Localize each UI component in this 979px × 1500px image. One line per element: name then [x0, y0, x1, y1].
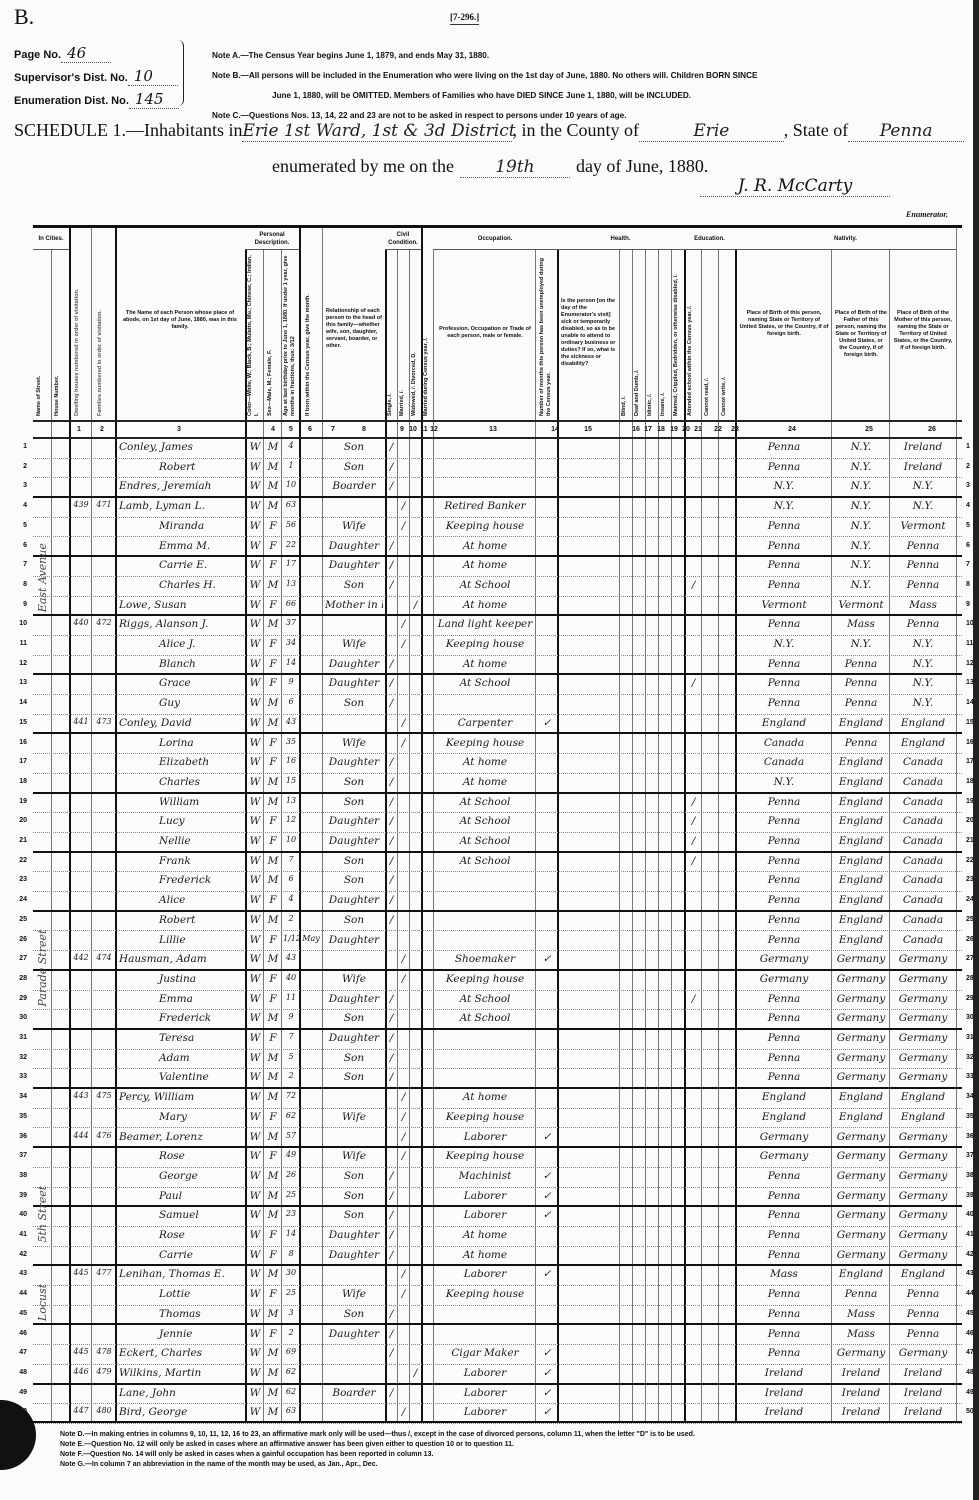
occupation-value: At home [435, 1091, 535, 1103]
father-birthplace-value: Germany [833, 1347, 889, 1359]
table-row: 22RobertWM1Son/PennaN.Y.Ireland [33, 459, 962, 479]
person-name: Hausman, Adam [119, 953, 245, 965]
unemployed-mark: ✓ [537, 1190, 557, 1202]
birthplace-value: Penna [737, 579, 831, 591]
birthplace-value: Penna [737, 914, 831, 926]
line-number: 20 [11, 817, 27, 824]
person-name: Lottie [119, 1288, 245, 1300]
header-occupation: Occupation. [433, 228, 557, 250]
relationship-value: Daughter [325, 658, 383, 670]
column-number-row: 1234567891011121314151617181920212223242… [33, 420, 962, 439]
mother-birthplace-value: Penna [891, 1328, 955, 1340]
father-birthplace-value: England [833, 934, 889, 946]
birthplace-value: Penna [737, 1052, 831, 1064]
occupation-value: At home [435, 658, 535, 670]
mother-birthplace-value: N.Y. [891, 480, 955, 492]
person-name: Justina [119, 973, 245, 985]
color-value: W [247, 835, 263, 847]
single-mark: / [386, 697, 397, 709]
color-value: W [247, 1131, 263, 1143]
father-birthplace-value: England [833, 855, 889, 867]
relationship-value: Wife [325, 973, 383, 985]
mother-birthplace-value: Ireland [891, 1406, 955, 1418]
age-value: 9 [283, 677, 299, 686]
age-value: 43 [283, 717, 299, 726]
color-value: W [247, 973, 263, 985]
note-g: Note G.—In column 7 an abbreviation in t… [60, 1460, 695, 1470]
father-birthplace-value: England [833, 894, 889, 906]
unemployed-mark: ✓ [537, 1367, 557, 1379]
single-mark: / [386, 1209, 397, 1221]
top-notes: Note A.—The Census Year begins June 1, 1… [212, 46, 952, 126]
relationship-value: Daughter [325, 1328, 383, 1340]
header-birth-mother: Place of Birth of the Mother of this per… [892, 310, 954, 352]
age-value: 15 [283, 776, 299, 785]
line-number: 19 [11, 798, 27, 805]
table-row: 33Endres, JeremiahWM10Boarder/N.Y.N.Y.N.… [33, 478, 962, 498]
family-number: 474 [93, 953, 115, 962]
occupation-value: Keeping house [435, 1288, 535, 1300]
occupation-value: Land light keeper [435, 618, 535, 630]
father-birthplace-value: Germany [833, 1131, 889, 1143]
person-name: Frederick [119, 1012, 245, 1024]
table-row: 2323FrederickWM6Son/PennaEnglandCanada [33, 872, 962, 892]
age-value: 7 [283, 1032, 299, 1041]
header-house-number: House Number. [54, 258, 66, 416]
birthplace-value: Penna [737, 441, 831, 453]
age-value: 25 [283, 1288, 299, 1297]
dwelling-number: 444 [71, 1131, 91, 1140]
color-value: W [247, 796, 263, 808]
person-name: Conley, James [119, 441, 245, 453]
brace-divider [176, 40, 184, 106]
sex-value: M [265, 1367, 281, 1379]
birthplace-value: Penna [737, 993, 831, 1005]
age-value: 4 [283, 441, 299, 450]
table-row: 4343445477Lenihan, Thomas E.WM30/Laborer… [33, 1266, 962, 1286]
header-cannot-read: Cannot read, /. [704, 338, 716, 416]
father-birthplace-value: Penna [833, 737, 889, 749]
father-birthplace-value: N.Y. [833, 500, 889, 512]
school-mark: / [686, 855, 701, 867]
header-widowed: Widowed, /. Divorced, D. [411, 318, 420, 416]
line-number: 45 [11, 1310, 27, 1317]
person-name: Wilkins, Martin [119, 1367, 245, 1379]
county-value: Erie [639, 121, 784, 142]
mother-birthplace-value: Germany [891, 1012, 955, 1024]
color-value: W [247, 1268, 263, 1280]
age-value: 2 [283, 1071, 299, 1080]
relationship-value: Son [325, 1190, 383, 1202]
line-number: 17 [11, 758, 27, 765]
mother-birthplace-value: Germany [891, 1249, 955, 1261]
line-number: 38 [11, 1172, 27, 1179]
sex-value: F [265, 1150, 281, 1162]
table-row: 3131TeresaWF7Daughter/PennaGermanyGerman… [33, 1030, 962, 1050]
person-name: Lorina [119, 737, 245, 749]
married-mark: / [398, 737, 409, 749]
color-value: W [247, 934, 263, 946]
line-number: 2 [11, 463, 27, 470]
mother-birthplace-value: N.Y. [891, 697, 955, 709]
single-mark: / [386, 1170, 397, 1182]
person-name: Frederick [119, 874, 245, 886]
birthplace-value: Penna [737, 1328, 831, 1340]
enumerator-label: Enumerator. [906, 210, 948, 219]
sex-value: F [265, 559, 281, 571]
relationship-value: Son [325, 1308, 383, 1320]
relationship-value: Son [325, 914, 383, 926]
occupation-value: At home [435, 559, 535, 571]
table-row: 4747445478Eckert, CharlesWM69/Cigar Make… [33, 1345, 962, 1365]
relationship-value: Daughter [325, 815, 383, 827]
line-number: 11 [11, 640, 27, 647]
family-number: 477 [93, 1268, 115, 1277]
father-birthplace-value: Penna [833, 697, 889, 709]
color-value: W [247, 500, 263, 512]
age-value: 40 [283, 973, 299, 982]
school-mark: / [686, 579, 701, 591]
person-name: Lucy [119, 815, 245, 827]
sex-value: M [265, 1071, 281, 1083]
birthplace-value: Penna [737, 1347, 831, 1359]
color-value: W [247, 776, 263, 788]
person-name: Lamb, Lyman L. [119, 500, 245, 512]
ink-blot [0, 1400, 36, 1470]
color-value: W [247, 1229, 263, 1241]
father-birthplace-value: Penna [833, 1288, 889, 1300]
dwelling-number: 445 [71, 1268, 91, 1277]
mother-birthplace-value: Germany [891, 1190, 955, 1202]
column-number: 22 [711, 426, 725, 433]
relationship-value: Daughter [325, 894, 383, 906]
sex-value: M [265, 1406, 281, 1418]
page-meta: Page No. 46 Supervisor's Dist. No. 10 En… [14, 44, 179, 113]
supervisor-district-label: Supervisor's Dist. No. [14, 72, 128, 84]
note-f: Note F.—Question No. 14 will only be ask… [60, 1450, 695, 1460]
line-number: 30 [11, 1014, 27, 1021]
age-value: 72 [283, 1091, 299, 1100]
header-personal: Personal Description. [245, 228, 299, 250]
column-number: 4 [266, 426, 280, 433]
form-id: B. [14, 4, 34, 30]
mother-birthplace-value: Ireland [891, 1387, 955, 1399]
color-value: W [247, 815, 263, 827]
color-value: W [247, 1209, 263, 1221]
mother-birthplace-value: England [891, 717, 955, 729]
sex-value: F [265, 677, 281, 689]
table-row: 2525RobertWM2Son/PennaEnglandCanada [33, 912, 962, 932]
color-value: W [247, 1288, 263, 1300]
dwelling-number: 445 [71, 1347, 91, 1356]
single-mark: / [386, 1032, 397, 1044]
married-mark: / [398, 1131, 409, 1143]
age-value: 63 [283, 1406, 299, 1415]
occupation-value: Laborer [435, 1209, 535, 1221]
line-number: 28 [11, 975, 27, 982]
mother-birthplace-value: Canada [891, 874, 955, 886]
table-row: 2020LucyWF12Daughter/At School/PennaEngl… [33, 813, 962, 833]
age-value: 4 [283, 894, 299, 903]
single-mark: / [386, 756, 397, 768]
father-birthplace-value: England [833, 796, 889, 808]
column-number: 26 [925, 426, 939, 433]
header-cannot-write: Cannot write, /. [721, 338, 733, 416]
relationship-value: Daughter [325, 1229, 383, 1241]
census-page: B. [7-296.] Page No. 46 Supervisor's Dis… [0, 0, 979, 1500]
color-value: W [247, 677, 263, 689]
column-number: 12 [427, 426, 441, 433]
person-name: Nellie [119, 835, 245, 847]
line-number: 27 [11, 955, 27, 962]
school-mark: / [686, 993, 701, 1005]
mother-birthplace-value: Vermont [891, 520, 955, 532]
age-value: 35 [283, 737, 299, 746]
single-mark: / [386, 1052, 397, 1064]
birthplace-value: Penna [737, 677, 831, 689]
school-mark: / [686, 677, 701, 689]
father-birthplace-value: England [833, 756, 889, 768]
column-number: 5 [284, 426, 298, 433]
header-deaf: Deaf and Dumb, /. [634, 338, 643, 416]
line-number: 3 [11, 482, 27, 489]
birthplace-value: Penna [737, 618, 831, 630]
birthplace-value: Penna [737, 461, 831, 473]
relationship-value: Boarder [325, 480, 383, 492]
single-mark: / [386, 658, 397, 670]
sex-value: F [265, 934, 281, 946]
mother-birthplace-value: Germany [891, 1032, 955, 1044]
birthplace-value: Germany [737, 1131, 831, 1143]
header-dwelling: Dwelling houses numbered in order of vis… [74, 238, 86, 416]
single-mark: / [386, 1308, 397, 1320]
header-relationship: Relationship of each person to the head … [326, 308, 382, 350]
color-value: W [247, 599, 263, 611]
sex-value: F [265, 894, 281, 906]
sex-value: F [265, 540, 281, 552]
mother-birthplace-value: Penna [891, 1288, 955, 1300]
single-mark: / [386, 796, 397, 808]
table-row: 4040SamuelWM23Son/Laborer✓PennaGermanyGe… [33, 1207, 962, 1227]
single-mark: / [386, 579, 397, 591]
mother-birthplace-value: Canada [891, 776, 955, 788]
birthplace-value: Penna [737, 855, 831, 867]
table-row: 99Lowe, SusanWF66Mother in law/At homeVe… [33, 597, 962, 617]
age-value: 69 [283, 1347, 299, 1356]
color-value: W [247, 1367, 263, 1379]
line-number: 34 [11, 1093, 27, 1100]
mother-birthplace-value: N.Y. [891, 500, 955, 512]
column-number: 1 [72, 426, 86, 433]
occupation-value: Laborer [435, 1268, 535, 1280]
age-value: 63 [283, 500, 299, 509]
header-name: The Name of each Person whose place of a… [121, 310, 239, 331]
occupation-value: At School [435, 993, 535, 1005]
color-value: W [247, 1347, 263, 1359]
table-row: 1414GuyWM6Son/PennaPennaN.Y. [33, 695, 962, 715]
sex-value: M [265, 1209, 281, 1221]
line-number: 10 [11, 620, 27, 627]
form-code: [7-296.] [450, 12, 479, 25]
unemployed-mark: ✓ [537, 1170, 557, 1182]
birthplace-value: Penna [737, 559, 831, 571]
color-value: W [247, 1091, 263, 1103]
column-number: 21 [691, 426, 705, 433]
column-number: 8 [357, 426, 371, 433]
single-mark: / [386, 1012, 397, 1024]
table-row: 1919WilliamWM13Son/At School/PennaEnglan… [33, 794, 962, 814]
header-families: Families numbered in order of visitation… [97, 238, 109, 416]
relationship-value: Son [325, 874, 383, 886]
father-birthplace-value: Germany [833, 1150, 889, 1162]
column-number: 2 [95, 426, 109, 433]
person-name: Lenihan, Thomas E. [119, 1268, 245, 1280]
dwelling-number: 440 [71, 618, 91, 627]
person-name: Riggs, Alanson J. [119, 618, 245, 630]
color-value: W [247, 441, 263, 453]
relationship-value: Son [325, 776, 383, 788]
relationship-value: Son [325, 579, 383, 591]
occupation-value: Keeping house [435, 1111, 535, 1123]
sex-value: F [265, 737, 281, 749]
line-number: 14 [11, 699, 27, 706]
occupation-value: Retired Banker [435, 500, 535, 512]
person-name: Charles H. [119, 579, 245, 591]
table-row: 1717ElizabethWF16Daughter/At homeCanadaE… [33, 754, 962, 774]
occupation-value: At home [435, 776, 535, 788]
header-occupation-desc: Profession, Occupation or Trade of each … [437, 326, 533, 340]
single-mark: / [386, 993, 397, 1005]
married-mark: / [398, 500, 409, 512]
birthplace-value: N.Y. [737, 480, 831, 492]
mother-birthplace-value: Penna [891, 618, 955, 630]
person-name: Guy [119, 697, 245, 709]
table-row: 4646JennieWF2Daughter/PennaMassPenna [33, 1326, 962, 1346]
relationship-value: Son [325, 1052, 383, 1064]
enumeration-district-field: Enumeration Dist. No. 145 [14, 90, 179, 113]
sex-value: F [265, 520, 281, 532]
married-mark: / [398, 1268, 409, 1280]
line-number: 13 [11, 679, 27, 686]
father-birthplace-value: England [833, 1091, 889, 1103]
street-name: Locust [36, 1270, 49, 1321]
note-b-line2: June 1, 1880, will be OMITTED. Members o… [212, 86, 952, 106]
father-birthplace-value: Germany [833, 1071, 889, 1083]
table-row: 1616LorinaWF35Wife/Keeping houseCanadaPe… [33, 735, 962, 755]
line-number: 7 [11, 561, 27, 568]
dwelling-number: 447 [71, 1406, 91, 1415]
mother-birthplace-value: N.Y. [891, 677, 955, 689]
father-birthplace-value: Germany [833, 1229, 889, 1241]
mother-birthplace-value: Germany [891, 1347, 955, 1359]
line-number: 22 [11, 857, 27, 864]
street-name: 5th Street [36, 1152, 49, 1243]
mother-birthplace-value: Canada [891, 934, 955, 946]
table-row: 4444LottieWF25Wife/Keeping housePennaPen… [33, 1286, 962, 1306]
age-value: 5 [283, 1052, 299, 1061]
mother-birthplace-value: Ireland [891, 441, 955, 453]
table-row: 3333ValentineWM2Son/PennaGermanyGermany [33, 1069, 962, 1089]
age-value: 17 [283, 559, 299, 568]
age-value: 7 [283, 855, 299, 864]
table-row: 3636444476Beamer, LorenzWM57/Laborer✓Ger… [33, 1129, 962, 1149]
sex-value: M [265, 697, 281, 709]
married-mark: / [398, 1288, 409, 1300]
mother-birthplace-value: England [891, 1268, 955, 1280]
married-mark: / [398, 1406, 409, 1418]
relationship-value: Son [325, 796, 383, 808]
note-b-line1: Note B.—All persons will be included in … [212, 66, 952, 86]
widowed-mark: / [410, 1367, 421, 1379]
mother-birthplace-value: Penna [891, 559, 955, 571]
enum-suffix: day of June, 1880. [576, 156, 708, 177]
color-value: W [247, 1190, 263, 1202]
unemployed-mark: ✓ [537, 1387, 557, 1399]
single-mark: / [386, 441, 397, 453]
person-name: Valentine [119, 1071, 245, 1083]
line-number: 44 [11, 1290, 27, 1297]
father-birthplace-value: England [833, 776, 889, 788]
occupation-value: Shoemaker [435, 953, 535, 965]
sex-value: M [265, 855, 281, 867]
column-number: 15 [581, 426, 595, 433]
age-value: 26 [283, 1170, 299, 1179]
mother-birthplace-value: Canada [891, 815, 955, 827]
schedule-line: SCHEDULE 1.—Inhabitants in Erie 1st Ward… [14, 120, 964, 142]
color-value: W [247, 1328, 263, 1340]
mother-birthplace-value: Ireland [891, 461, 955, 473]
table-row: 2424AliceWF4Daughter/PennaEnglandCanada [33, 892, 962, 912]
mother-birthplace-value: Canada [891, 835, 955, 847]
age-value: 12 [283, 815, 299, 824]
birthplace-value: Germany [737, 973, 831, 985]
father-birthplace-value: Germany [833, 1052, 889, 1064]
relationship-value: Wife [325, 520, 383, 532]
occupation-value: Keeping house [435, 737, 535, 749]
age-value: 8 [283, 1249, 299, 1258]
person-name: Carrie E. [119, 559, 245, 571]
person-name: William [119, 796, 245, 808]
single-mark: / [386, 815, 397, 827]
age-value: 16 [283, 756, 299, 765]
table-row: 4242CarrieWF8Daughter/At homePennaGerman… [33, 1247, 962, 1267]
column-number: 23 [728, 426, 742, 433]
color-value: W [247, 1308, 263, 1320]
person-name: Mary [119, 1111, 245, 1123]
person-name: Charles [119, 776, 245, 788]
mother-birthplace-value: Canada [891, 756, 955, 768]
single-mark: / [386, 855, 397, 867]
occupation-value: At School [435, 815, 535, 827]
person-name: Carrie [119, 1249, 245, 1261]
birthplace-value: Penna [737, 697, 831, 709]
relationship-value: Daughter [325, 934, 383, 946]
line-number: 33 [11, 1073, 27, 1080]
table-row: 3535MaryWF62Wife/Keeping houseEnglandEng… [33, 1109, 962, 1129]
school-mark: / [686, 796, 701, 808]
enumeration-district-label: Enumeration Dist. No. [14, 95, 129, 107]
sex-value: M [265, 579, 281, 591]
sex-value: F [265, 1249, 281, 1261]
header-school: Attended school within the Census year, … [687, 258, 699, 416]
occupation-value: Laborer [435, 1131, 535, 1143]
unemployed-mark: ✓ [537, 717, 557, 729]
person-name: Conley, David [119, 717, 245, 729]
sex-value: M [265, 874, 281, 886]
sex-value: F [265, 1328, 281, 1340]
table-row: 2828JustinaWF40Wife/Keeping houseGermany… [33, 971, 962, 991]
table-row: 88Charles H.WM13Son/At School/PennaN.Y.P… [33, 577, 962, 597]
